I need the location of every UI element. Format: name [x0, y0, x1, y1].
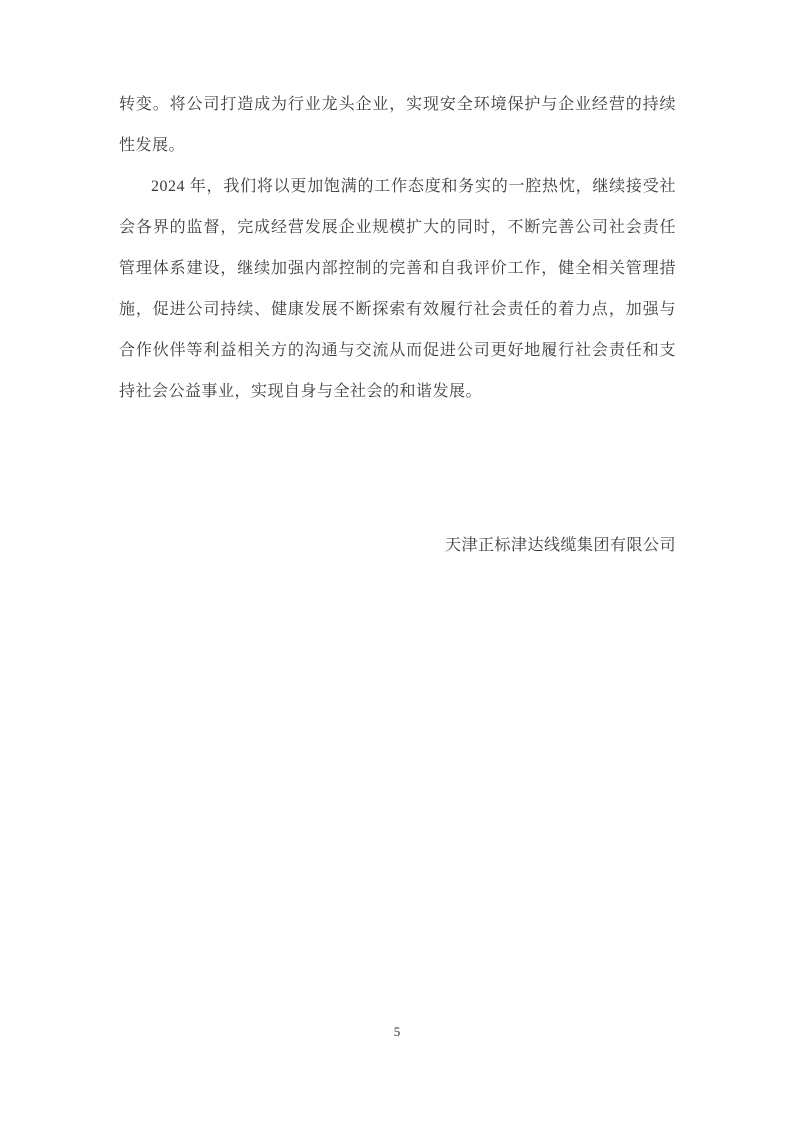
document-page: 转变。将公司打造成为行业龙头企业，实现安全环境保护与企业经营的持续性发展。 20… [0, 0, 794, 1123]
company-signature: 天津正标津达线缆集团有限公司 [119, 525, 676, 566]
page-number: 5 [394, 1024, 401, 1039]
page-body: 转变。将公司打造成为行业龙头企业，实现安全环境保护与企业经营的持续性发展。 20… [119, 84, 676, 566]
paragraph-outlook-2024: 2024 年，我们将以更加饱满的工作态度和务实的一腔热忱，继续接受社会各界的监督… [119, 166, 676, 412]
paragraph-continuation: 转变。将公司打造成为行业龙头企业，实现安全环境保护与企业经营的持续性发展。 [119, 84, 676, 166]
page-footer: 5 [0, 1024, 794, 1040]
